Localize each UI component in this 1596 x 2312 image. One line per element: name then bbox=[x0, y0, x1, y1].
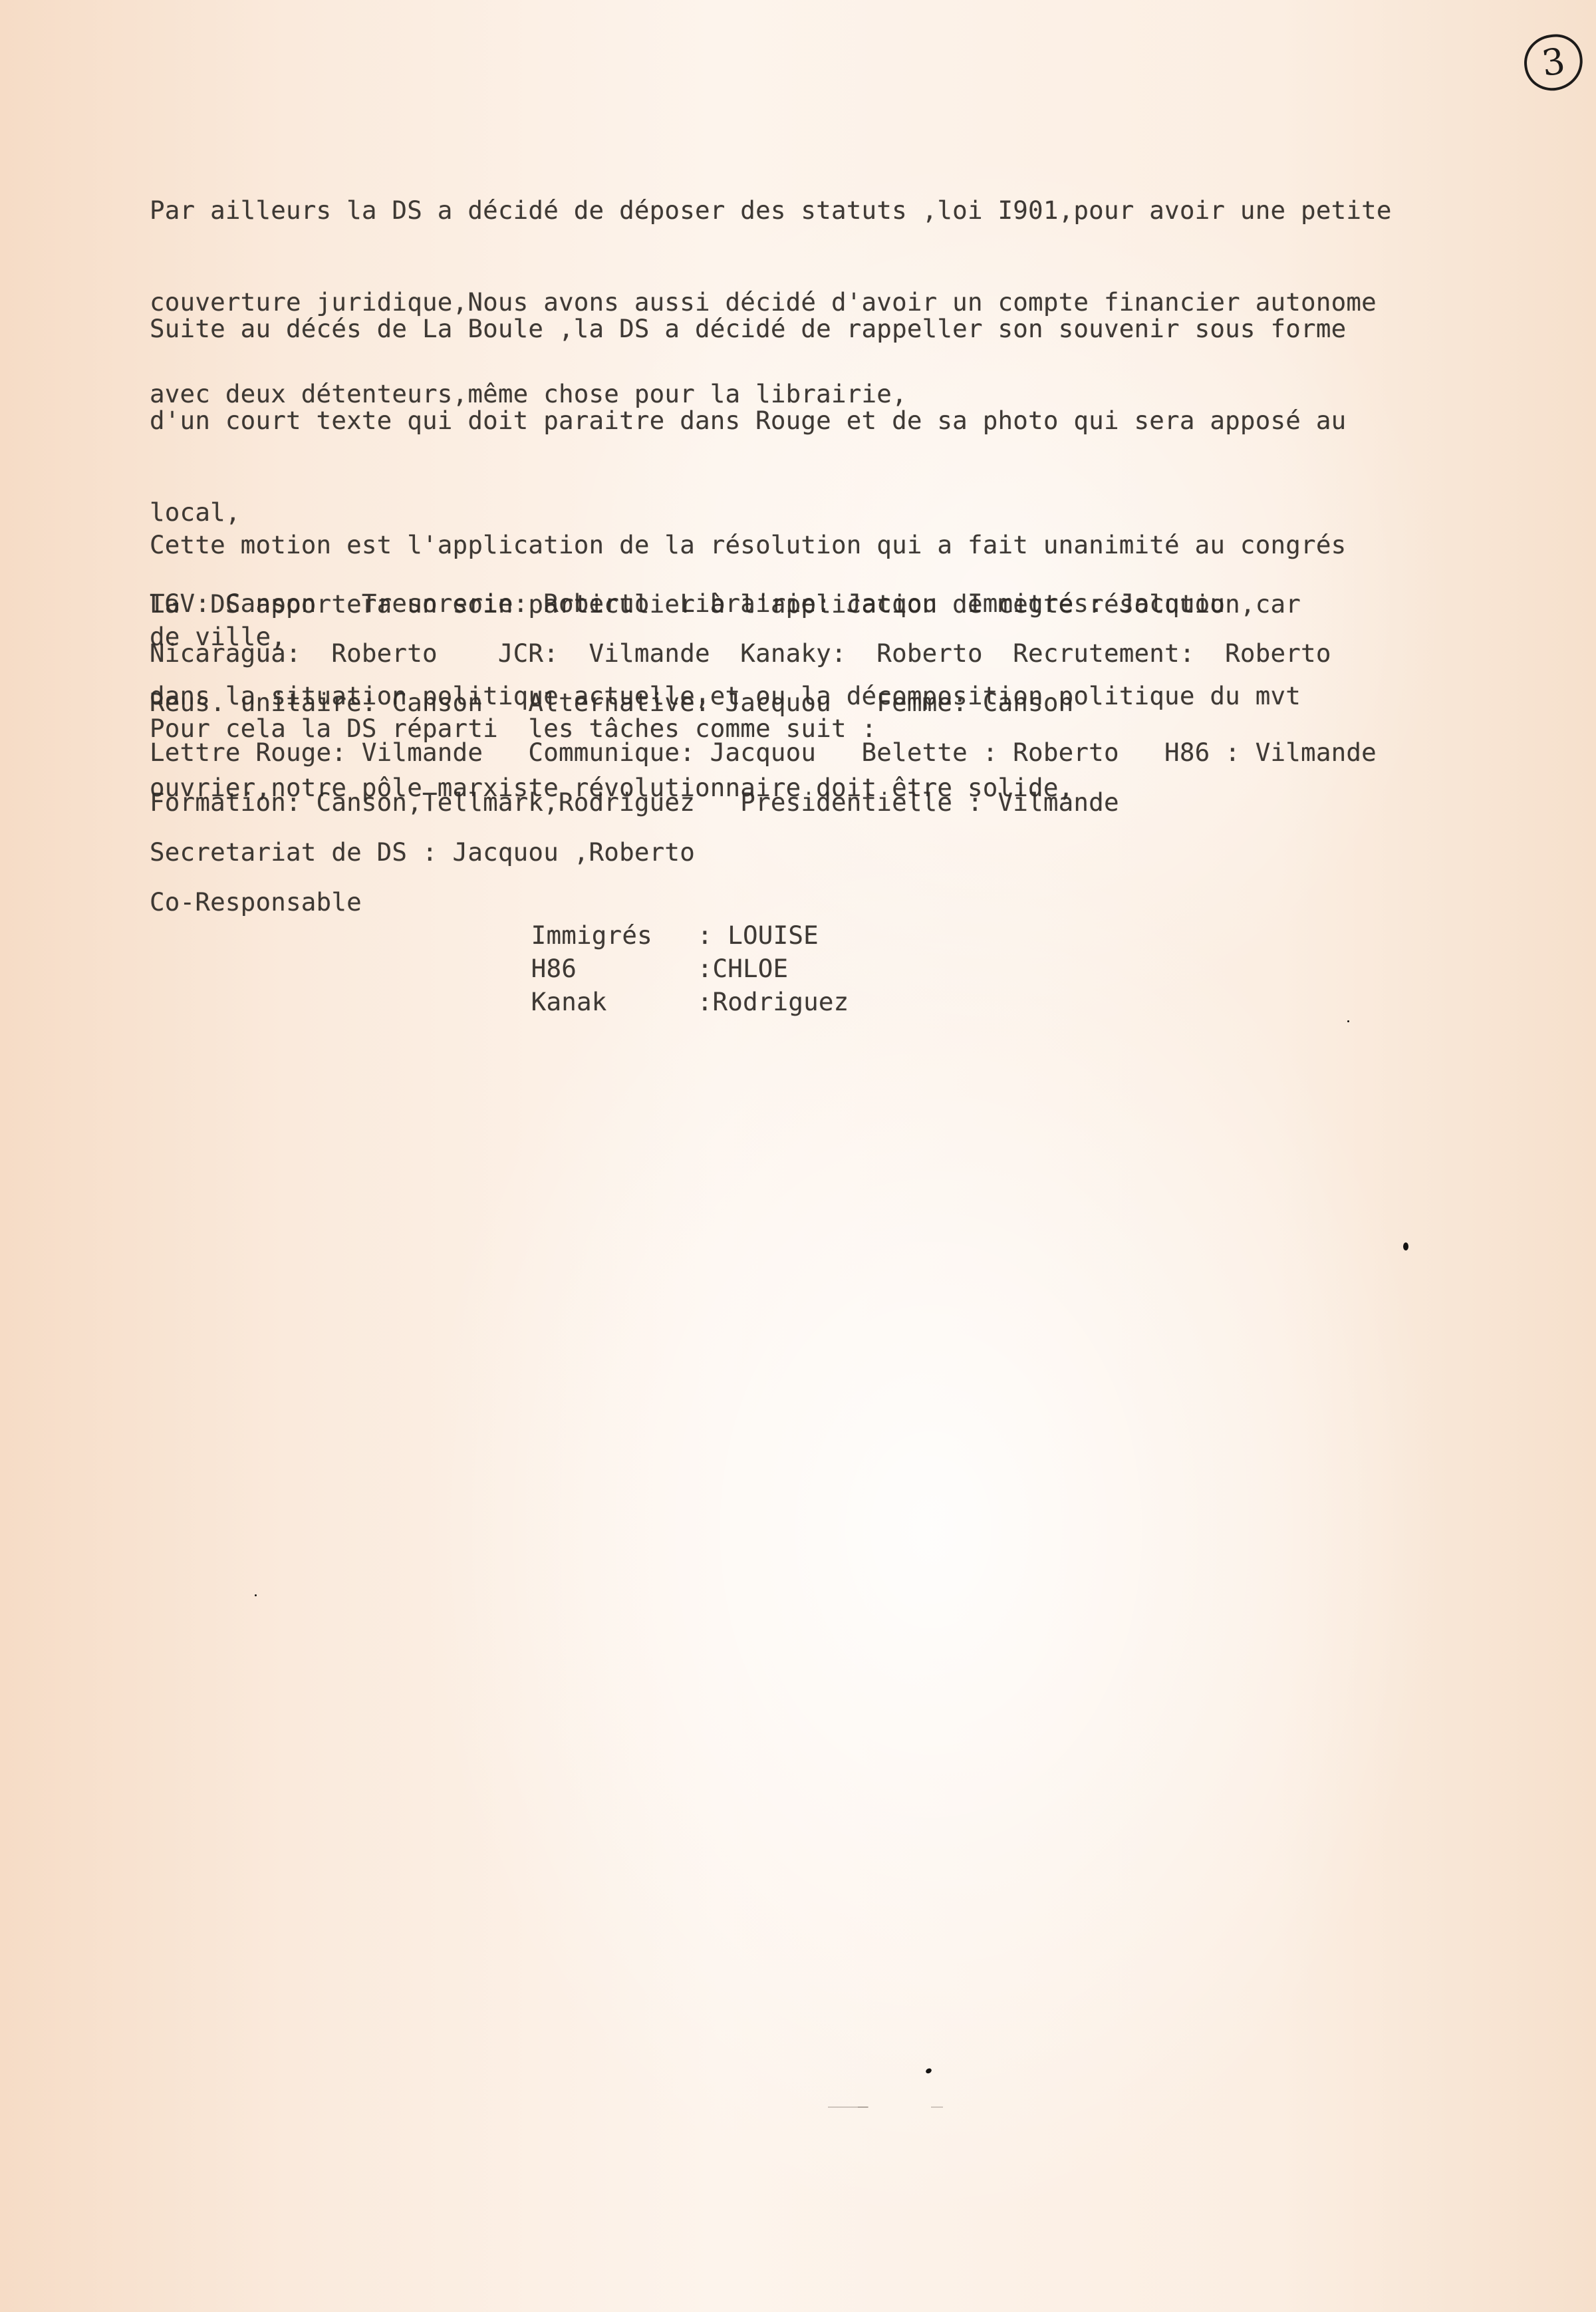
co-role: Kanak bbox=[531, 985, 698, 1018]
task-line: Nicaragua: Roberto JCR: Vilmande Kanaky:… bbox=[150, 637, 1331, 670]
ink-speck bbox=[255, 1594, 257, 1596]
co-name: Rodriguez bbox=[712, 987, 849, 1016]
task-line: Lettre Rouge: Vilmande Communique: Jacqu… bbox=[150, 736, 1377, 769]
co-responsable-row: Immigrés: LOUISE bbox=[440, 885, 819, 919]
text-line: d'un court texte qui doit paraitre dans … bbox=[150, 404, 1346, 437]
text-line: Par ailleurs la DS a décidé de déposer d… bbox=[150, 194, 1392, 227]
text-line: Cette motion est l'application de la rés… bbox=[150, 528, 1346, 561]
task-line: TGV: Canson Tresorerie: Roberto Librairi… bbox=[150, 587, 1225, 620]
task-line: Secretariat de DS : Jacquou ,Roberto bbox=[150, 835, 695, 869]
page-number: 3 bbox=[1539, 43, 1567, 82]
co-responsable-row: Kanak:Rodriguez bbox=[440, 952, 849, 985]
co-responsable-label: Co-Responsable bbox=[150, 885, 362, 919]
page-number-circle: 3 bbox=[1521, 31, 1587, 94]
ink-speck bbox=[1347, 1020, 1349, 1022]
ink-speck bbox=[1403, 1242, 1408, 1250]
co-sep: : bbox=[698, 987, 713, 1016]
fold-mark bbox=[931, 2106, 943, 2108]
co-responsable-row: H86:CHLOE bbox=[440, 919, 788, 952]
task-line: Formation: Canson,Tellmark,Rodriguez Pre… bbox=[150, 786, 1119, 819]
fold-mark bbox=[858, 2106, 868, 2108]
task-line: Reus. unitaire: Canson Alternative: Jacq… bbox=[150, 686, 1073, 719]
ink-speck bbox=[925, 2067, 932, 2075]
text-line: Suite au décés de La Boule ,la DS a déci… bbox=[150, 312, 1346, 345]
